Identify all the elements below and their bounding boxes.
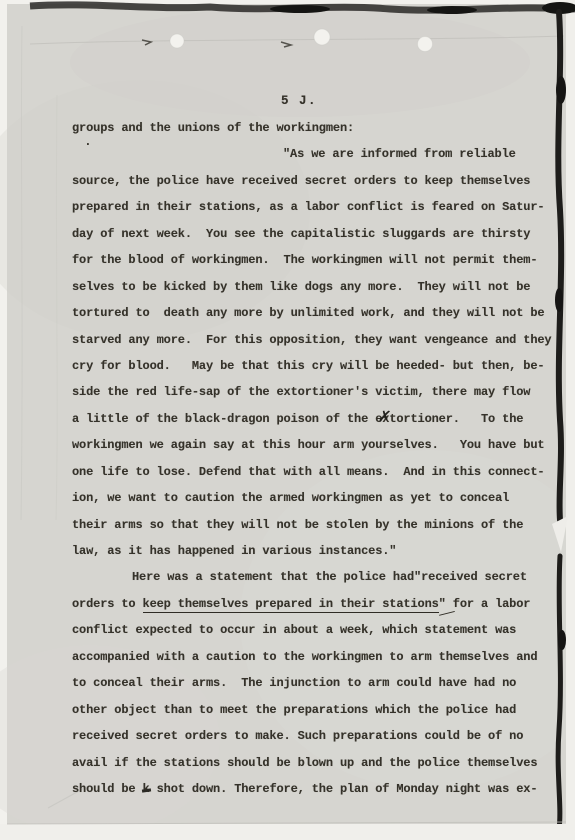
corrected-character: x [382, 412, 389, 426]
typewritten-line: to conceal their arms. The injunction to… [72, 670, 572, 696]
typewritten-line: day of next week. You see the capitalist… [72, 221, 572, 247]
typewritten-line: law, as it has happened in various insta… [72, 538, 572, 564]
text-segment: avail if the stations should be blown up… [72, 756, 537, 770]
text-segment: other object than to meet the preparatio… [72, 703, 516, 717]
text-segment: tortioner. To the [389, 412, 523, 426]
typewritten-line: "As we are informed from reliable [72, 141, 572, 167]
page-number: 5 J. [281, 91, 317, 111]
text-segment: shot down. Therefore, the plan of Monday… [150, 782, 538, 796]
text-segment: starved any more. For this opposition, t… [72, 333, 551, 347]
text-segment: conflict expected to occur in about a we… [72, 623, 516, 637]
typewritten-line: side the red life-sap of the extortioner… [72, 379, 572, 405]
scanner-background [0, 824, 575, 840]
typewritten-line: selves to be kicked by them like dogs an… [72, 274, 572, 300]
typewritten-line: workingmen we again say at this hour arm… [72, 432, 572, 458]
text-segment: a little of the black-dragon poison of t… [72, 412, 382, 426]
text-segment: accompanied with a caution to the workin… [72, 650, 537, 664]
typewritten-line: groups and the unions of the workingmen: [72, 115, 572, 141]
typewritten-line: source, the police have received secret … [72, 168, 572, 194]
text-segment: law, as it has happened in various insta… [72, 544, 396, 558]
text-segment: ion, we want to caution the armed workin… [72, 491, 509, 505]
hole-punch-icon [314, 29, 330, 45]
typewritten-line: avail if the stations should be blown up… [72, 750, 572, 776]
typewritten-text-block: groups and the unions of the workingmen:… [72, 115, 572, 802]
typewritten-line: starved any more. For this opposition, t… [72, 327, 572, 353]
torn-edge-blob [556, 76, 566, 104]
typewritten-line: one life to lose. Defend that with all m… [72, 459, 572, 485]
text-segment: day of next week. You see the capitalist… [72, 227, 530, 241]
typewritten-line: should be k shot down. Therefore, the pl… [72, 776, 572, 802]
typewritten-line: prepared in their stations, as a labor c… [72, 194, 572, 220]
text-segment: workingmen we again say at this hour arm… [72, 438, 544, 452]
text-segment: side the red life-sap of the extortioner… [72, 385, 530, 399]
typewritten-line: other object than to meet the preparatio… [72, 697, 572, 723]
text-segment: to conceal their arms. The injunction to… [72, 676, 516, 690]
typewritten-line: Here was a statement that the police had… [72, 564, 572, 590]
scanned-document-page: { "document": { "page_number": "5 J.", "… [0, 0, 575, 840]
typewritten-line: tortured to death any more by unlimited … [72, 300, 572, 326]
torn-edge-blob [270, 5, 330, 13]
hole-punch-icon [170, 34, 184, 48]
typewritten-line: cry for blood. May be that this cry will… [72, 353, 572, 379]
text-segment: tortured to death any more by unlimited … [72, 306, 544, 320]
underlined-phrase: keep themselves prepared in their statio… [143, 597, 439, 613]
text-segment: cry for blood. May be that this cry will… [72, 359, 544, 373]
text-segment: groups and the unions of the workingmen: [72, 121, 354, 135]
text-segment: "As we are informed from reliable [283, 147, 516, 161]
text-segment: prepared in their stations, as a labor c… [72, 200, 544, 214]
text-segment: Here was a statement that the police had… [132, 570, 527, 584]
typewritten-line: a little of the black-dragon poison of t… [72, 406, 572, 432]
typewritten-line: ion, we want to caution the armed workin… [72, 485, 572, 511]
text-segment: selves to be kicked by them like dogs an… [72, 280, 530, 294]
text-segment: source, the police have received secret … [72, 174, 530, 188]
typewritten-line: accompanied with a caution to the workin… [72, 644, 572, 670]
typewritten-line: received secret orders to make. Such pre… [72, 723, 572, 749]
text-segment: for the blood of workingmen. The working… [72, 253, 537, 267]
typewritten-line: for the blood of workingmen. The working… [72, 247, 572, 273]
typewritten-line: their arms so that they will not be stol… [72, 512, 572, 538]
text-segment: orders to [72, 597, 143, 611]
torn-edge-blob [427, 6, 477, 14]
struck-character: k [143, 782, 150, 796]
text-segment: their arms so that they will not be stol… [72, 518, 523, 532]
hole-punch-icon [418, 37, 433, 52]
text-segment: should be [72, 782, 143, 796]
text-segment: received secret orders to make. Such pre… [72, 729, 523, 743]
typewritten-line: orders to keep themselves prepared in th… [72, 591, 572, 617]
text-segment: one life to lose. Defend that with all m… [72, 465, 544, 479]
typewritten-line: conflict expected to occur in about a we… [72, 617, 572, 643]
